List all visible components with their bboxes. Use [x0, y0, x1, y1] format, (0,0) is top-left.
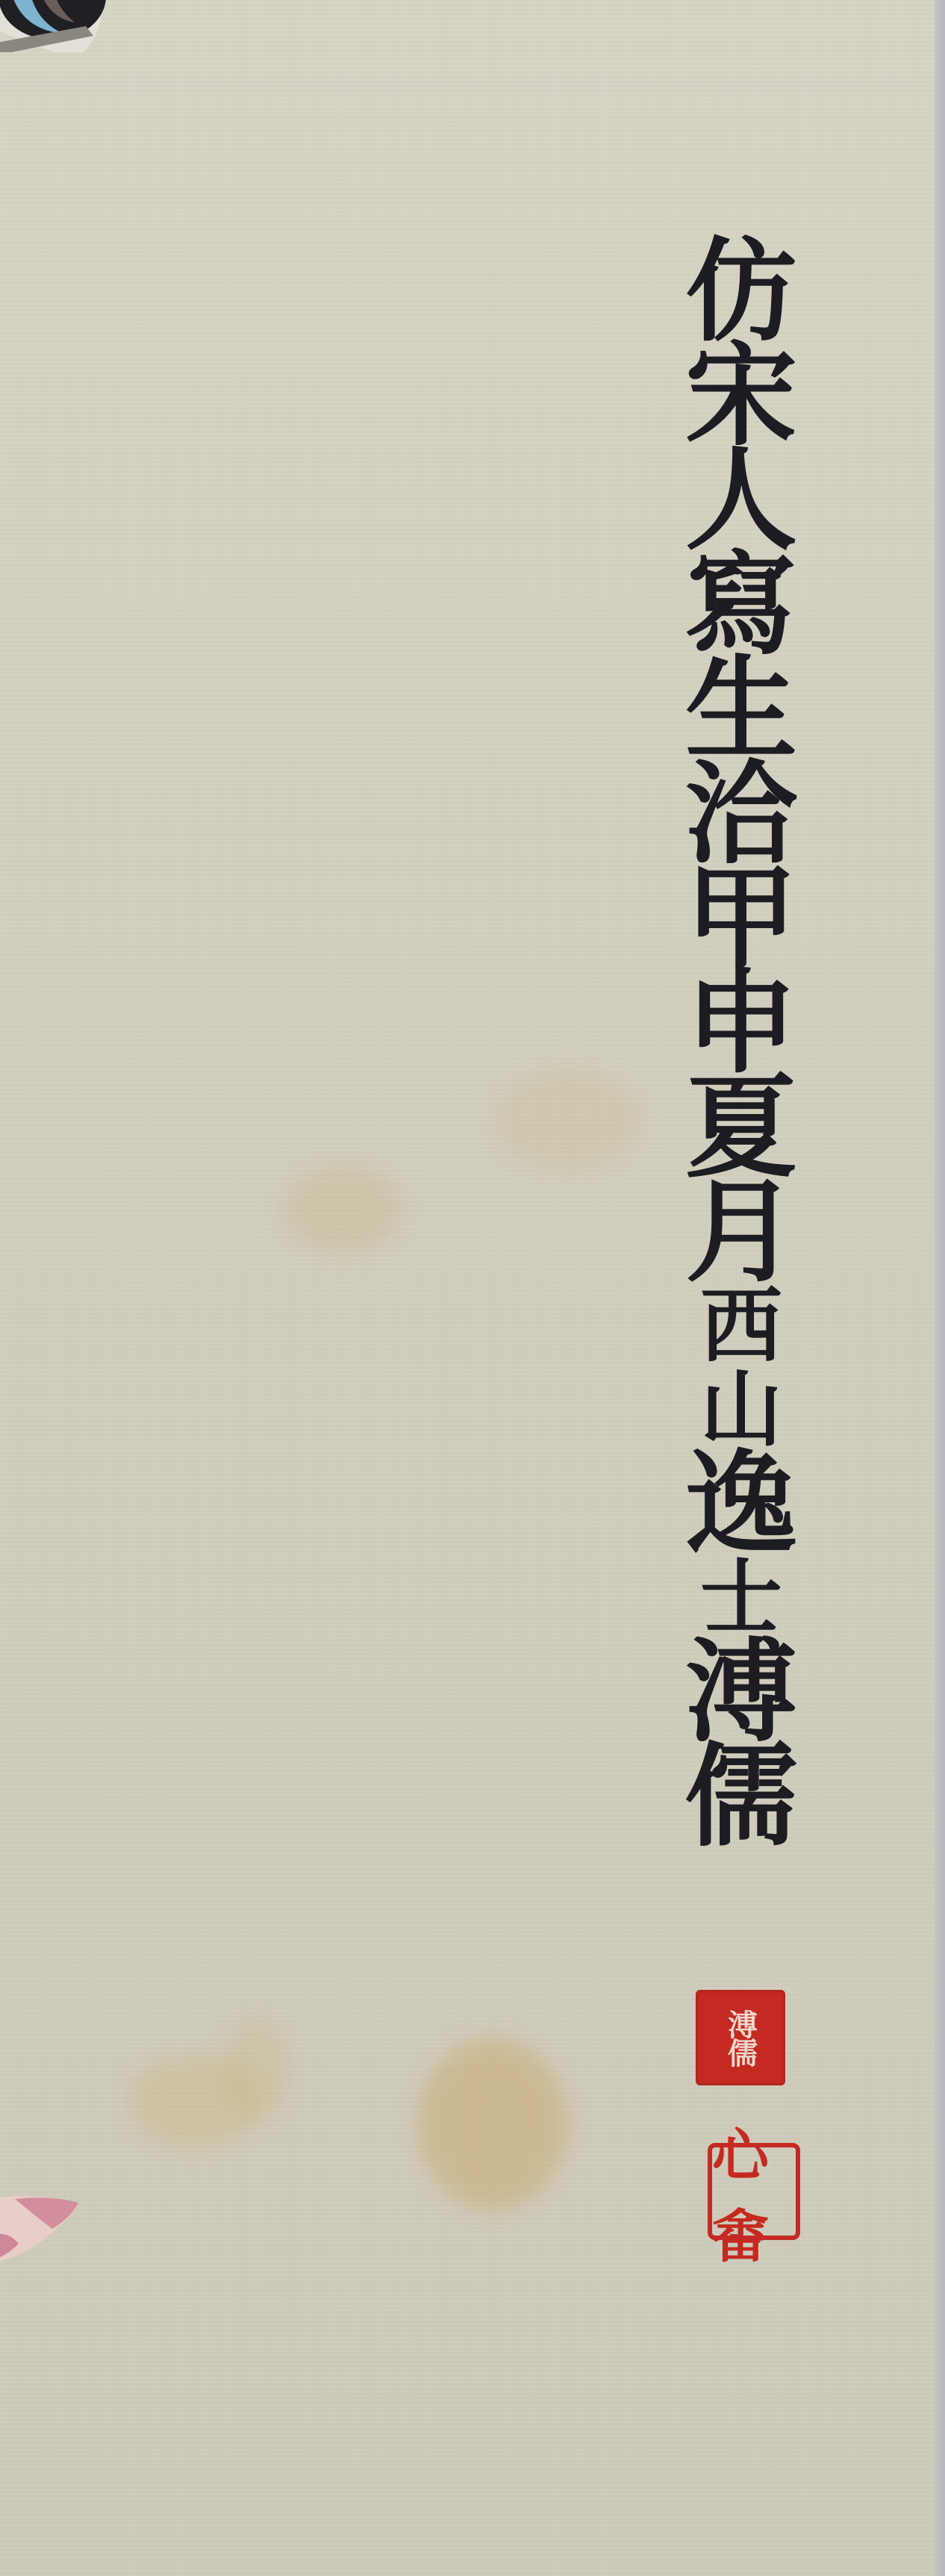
inscription-char: 西: [678, 1284, 805, 1368]
scroll-mount-edge: [935, 0, 945, 2576]
stain: [224, 2016, 291, 2121]
inscription-char: 洽: [678, 762, 805, 866]
artist-seal-puru: 溥儒: [696, 1990, 785, 2085]
inscription-char: 申: [678, 971, 805, 1075]
artist-seal-xinyu: 心畬: [708, 2143, 800, 2240]
inscription-char: 逸: [678, 1452, 805, 1556]
inscription-char: 寫: [678, 553, 805, 657]
inscription-char: 甲: [678, 866, 805, 971]
inscription-char: 夏: [678, 1075, 805, 1180]
stain: [418, 2038, 567, 2210]
bird-wing-fragment: [0, 0, 112, 52]
scroll-painting: 仿 宋 人 寫 生 洽 甲 申 夏 月 西 山 逸 士 溥 儒 溥儒 心畬: [0, 0, 945, 2576]
inscription-char: 生: [678, 657, 805, 762]
pink-petal-fragment: [0, 2184, 97, 2266]
inscription-char: 人: [678, 448, 805, 553]
inscription-char: 仿: [678, 239, 805, 343]
stain: [284, 1165, 403, 1254]
inscription-char: 溥: [678, 1640, 805, 1744]
stain: [493, 1068, 642, 1172]
inscription-char: 月: [678, 1180, 805, 1284]
calligraphy-inscription: 仿 宋 人 寫 生 洽 甲 申 夏 月 西 山 逸 士 溥 儒: [678, 239, 805, 1849]
inscription-char: 儒: [678, 1744, 805, 1849]
inscription-char: 宋: [678, 343, 805, 448]
